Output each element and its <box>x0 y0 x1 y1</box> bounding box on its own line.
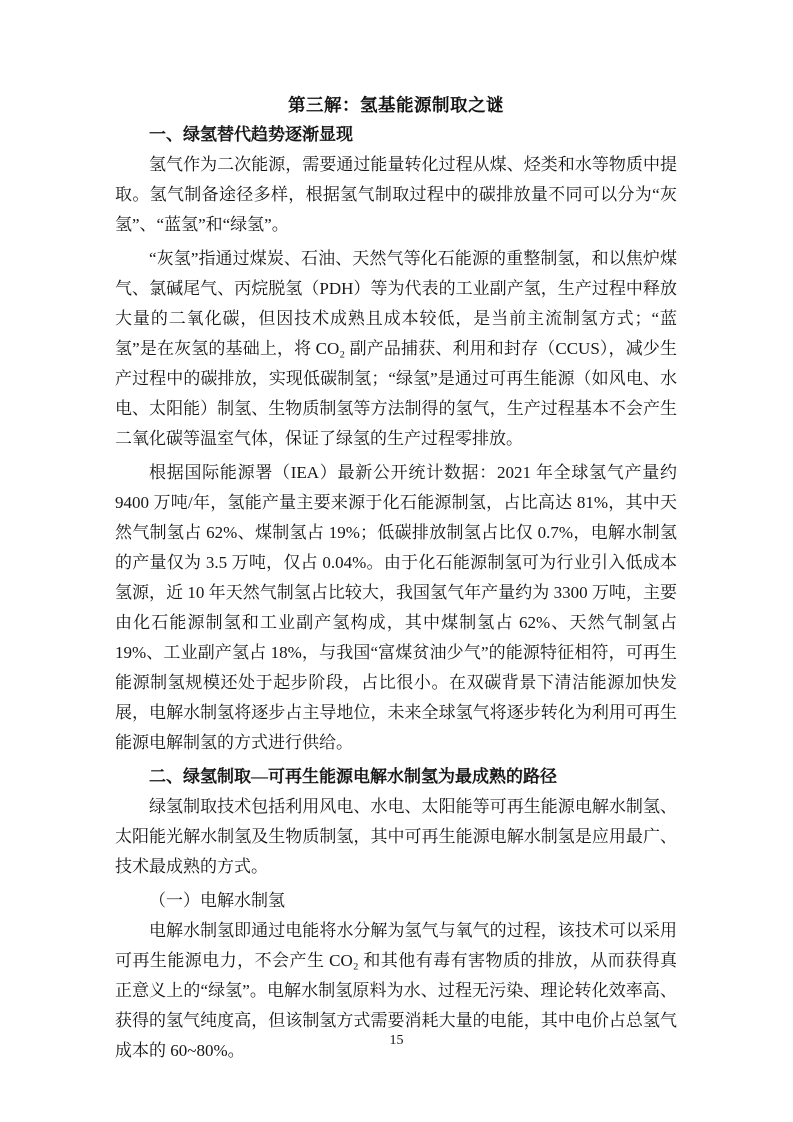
body-paragraph-hydrogen-secondary-energy: 氢气作为二次能源，需要通过能量转化过程从煤、烃类和水等物质中提取。氢气制备途径多… <box>115 150 677 240</box>
subsection-heading-water-electrolysis: （一）电解水制氢 <box>115 886 677 916</box>
document-page: 第三解：氢基能源制取之谜 一、绿氢替代趋势逐渐显现 氢气作为二次能源，需要通过能… <box>0 0 793 1122</box>
section-heading-green-hydrogen-production: 二、绿氢制取—可再生能源电解水制氢为最成熟的路径 <box>115 762 677 792</box>
body-paragraph-iea-statistics: 根据国际能源署（IEA）最新公开统计数据：2021 年全球氢气产量约 9400 … <box>115 458 677 758</box>
document-content: 第三解：氢基能源制取之谜 一、绿氢替代趋势逐渐显现 氢气作为二次能源，需要通过能… <box>115 90 677 1066</box>
page-number: 15 <box>0 1030 793 1052</box>
body-paragraph-grey-blue-green-hydrogen: “灰氢”指通过煤炭、石油、天然气等化石能源的重整制氢，和以焦炉煤气、氯碱尾气、丙… <box>115 244 677 454</box>
page-title: 第三解：氢基能源制取之谜 <box>115 90 677 120</box>
section-heading-green-hydrogen-trend: 一、绿氢替代趋势逐渐显现 <box>115 120 677 150</box>
body-paragraph-production-technologies: 绿氢制取技术包括利用风电、水电、太阳能等可再生能源电解水制氢、太阳能光解水制氢及… <box>115 792 677 882</box>
